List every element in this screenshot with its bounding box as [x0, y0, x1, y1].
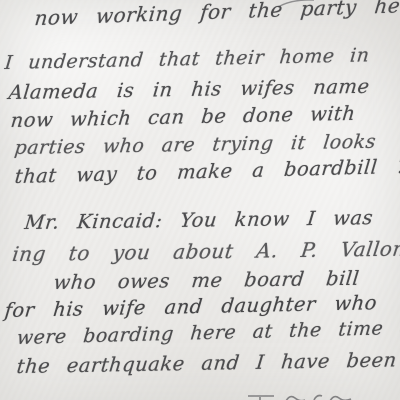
handwritten-line: who owes me board bill [52, 267, 360, 294]
cropped-line-fragment-bottom [246, 392, 356, 400]
handwritten-line: the earthquake and I have been [16, 348, 398, 378]
handwritten-line: ing to you about A. P. Vallon [11, 237, 400, 267]
handwritten-line: I understand that their home in [4, 44, 371, 74]
handwritten-line: Alameda is in his wifes name [8, 75, 371, 104]
handwritten-line: now which can be done with [10, 102, 357, 132]
handwritten-line: Mr. Kincaid: You know I was [23, 206, 374, 234]
handwritten-line: for his wife and daughter who [4, 291, 379, 322]
handwritten-line: were boarding here at the time of [16, 316, 400, 349]
handwritten-line: parties who are trying it looks [13, 131, 377, 159]
handwritten-line: that way to make a boardbill ? [14, 155, 400, 188]
handwritten-line: now working for the party he [33, 0, 400, 30]
letter-page: now working for the party he I understan… [0, 0, 400, 400]
